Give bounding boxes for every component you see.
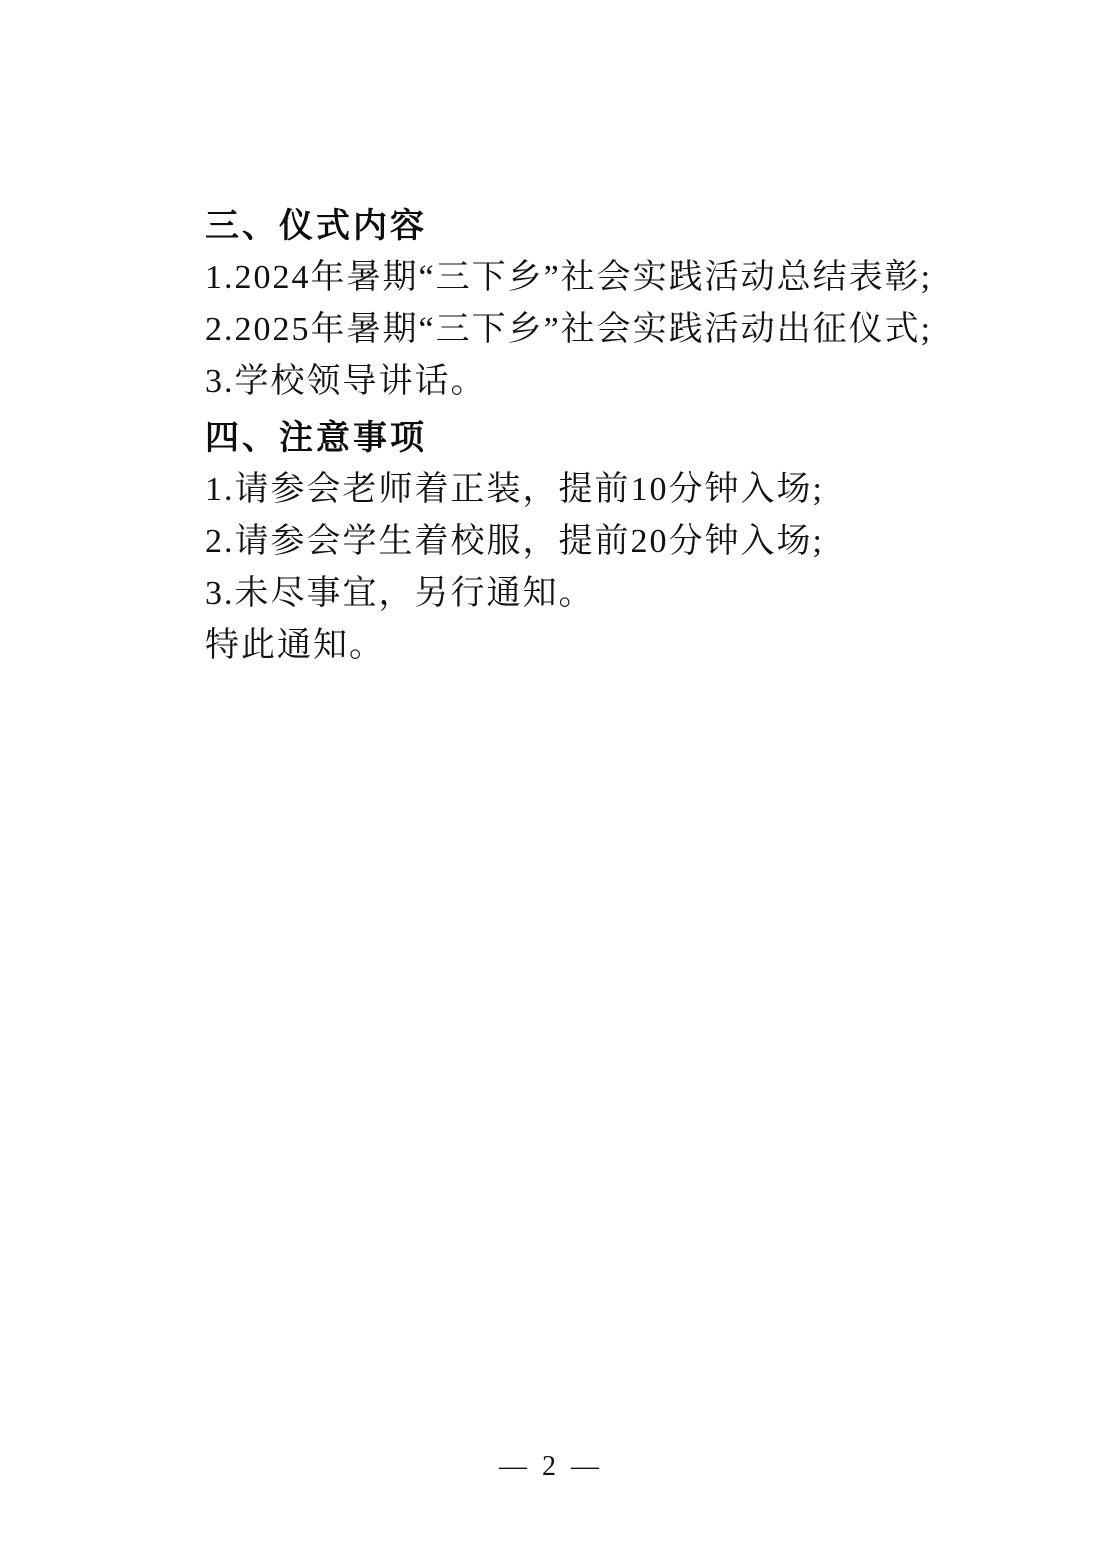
section-ceremony-content: 三、仪式内容 1.2024年暑期“三下乡”社会实践活动总结表彰; 2.2025年… — [205, 200, 925, 408]
closing-line: 特此通知。 — [205, 620, 925, 672]
notice-body: 三、仪式内容 1.2024年暑期“三下乡”社会实践活动总结表彰; 2.2025年… — [205, 200, 925, 672]
notice-item: 2.请参会学生着校服，提前20分钟入场; — [205, 516, 925, 568]
section-heading: 四、注意事项 — [205, 412, 925, 464]
document-page: 三、仪式内容 1.2024年暑期“三下乡”社会实践活动总结表彰; 2.2025年… — [0, 0, 1102, 1559]
notice-item: 1.2024年暑期“三下乡”社会实践活动总结表彰; — [205, 252, 925, 304]
section-notes: 四、注意事项 1.请参会老师着正装，提前10分钟入场; 2.请参会学生着校服，提… — [205, 412, 925, 620]
notice-item: 1.请参会老师着正装，提前10分钟入场; — [205, 464, 925, 516]
section-heading: 三、仪式内容 — [205, 200, 925, 252]
notice-item: 2.2025年暑期“三下乡”社会实践活动出征仪式; — [205, 304, 925, 356]
page-number: — 2 — — [499, 1451, 603, 1482]
notice-item: 3.未尽事宜，另行通知。 — [205, 568, 925, 620]
notice-item: 3.学校领导讲话。 — [205, 356, 925, 408]
page-footer: — 2 — — [0, 1450, 1102, 1484]
